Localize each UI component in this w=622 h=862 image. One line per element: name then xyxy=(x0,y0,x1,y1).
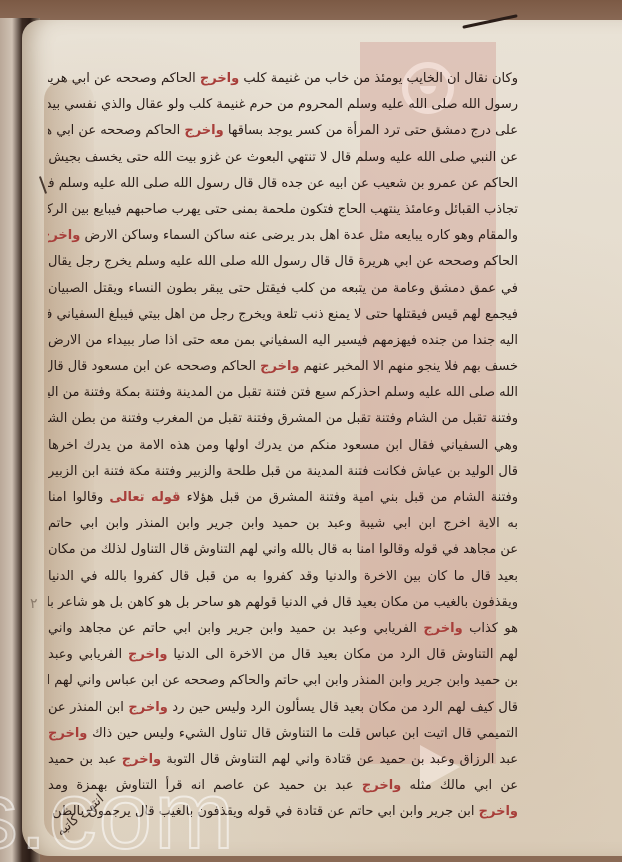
rubric-word: واخرج xyxy=(200,71,239,86)
manuscript-line: وفتنة تقبل من الشام وفتنة تقبل من المشرق… xyxy=(48,406,518,432)
manuscript-line: وهي السفياني فقال ابن مسعود منكم من يدرك… xyxy=(48,433,518,459)
manuscript-line: فيجمع لهم قيس فيقتلها حتى لا يمنع ذنب تل… xyxy=(48,302,518,328)
manuscript-line: هو كذاب واخرج الفريابي وعبد بن حميد وابن… xyxy=(48,616,518,642)
manuscript-line: قال الوليد بن عياش فكانت فتنة المدينة من… xyxy=(48,459,518,485)
manuscript-line: بعيد قال ما كان بين الاخرة والدنيا وقد ك… xyxy=(48,564,518,590)
manuscript-line: على درج دمشق حتى ترد المرأة من كسر يوجد … xyxy=(48,118,518,144)
manuscript-text: وكان نقال ان الخايب يومئذ من خاب من غنيم… xyxy=(48,66,518,825)
manuscript-line: وفتنة الشام من قبل بني امية وفتنة المشرق… xyxy=(48,485,518,511)
rubric-word: واخرج xyxy=(128,700,167,715)
manuscript-line: والمقام وهو كاره يبايعه مثل عدة اهل بدر … xyxy=(48,223,518,249)
manuscript-line: الحاكم عن عمرو بن شعيب عن ابيه عن جده قا… xyxy=(48,171,518,197)
rubric-word: واخرج xyxy=(128,647,167,662)
manuscript-line: وكان نقال ان الخايب يومئذ من خاب من غنيم… xyxy=(48,66,518,92)
manuscript-line: الله صلى الله عليه وسلم احذركم سبع فتن ف… xyxy=(48,380,518,406)
rubric-word: واخرج xyxy=(423,621,462,636)
rubric-word: واخرج xyxy=(260,359,299,374)
margin-note: ٢ xyxy=(30,596,38,612)
manuscript-line: قال كيف لهم الرد من مكان بعيد قال يسألون… xyxy=(48,695,518,721)
manuscript-line: تجاذب القبائل وعامئذ ينتهب الحاج فتكون م… xyxy=(48,197,518,223)
rubric-word: واخرج xyxy=(48,726,87,741)
manuscript-line: رسول الله صلى الله عليه وسلم المحروم من … xyxy=(48,92,518,118)
manuscript-line: به الاية اخرج ابن ابي شيبة وعبد بن حميد … xyxy=(48,511,518,537)
manuscript-line: لهم التناوش قال الرد من مكان بعيد قال من… xyxy=(48,642,518,668)
manuscript-line: التميمي قال اتيت ابن عباس قلت ما التناوش… xyxy=(48,721,518,747)
manuscript-line: عن مجاهد في قوله وقالوا امنا به قال بالل… xyxy=(48,537,518,563)
rubric-word: واخرج xyxy=(362,778,401,793)
manuscript-line: الحاكم وصححه عن ابي هريرة قال قال رسول ا… xyxy=(48,249,518,275)
manuscript-line: في عمق دمشق وعامة من يتبعه من كلب فيقتل … xyxy=(48,276,518,302)
rubric-word: واخرج xyxy=(479,804,518,819)
manuscript-line: خسف بهم فلا ينجو منهم الا المخبر عنهم وا… xyxy=(48,354,518,380)
manuscript-line: بن حميد وابن جرير وابن المنذر وابن ابي ح… xyxy=(48,668,518,694)
manuscript-line: اليه جندا من جنده فيهزمهم فيسير اليه الس… xyxy=(48,328,518,354)
watermark-text: s.com xyxy=(0,768,236,862)
rubric-word: واخرج xyxy=(184,123,223,138)
rubric-word: قوله تعالى xyxy=(109,490,180,505)
rubric-word: واخرج xyxy=(48,228,80,243)
manuscript-line: عن النبي صلى الله عليه وسلم قال لا تنتهي… xyxy=(48,145,518,171)
manuscript-line: ويقذفون بالغيب من مكان بعيد قال في الدني… xyxy=(48,590,518,616)
